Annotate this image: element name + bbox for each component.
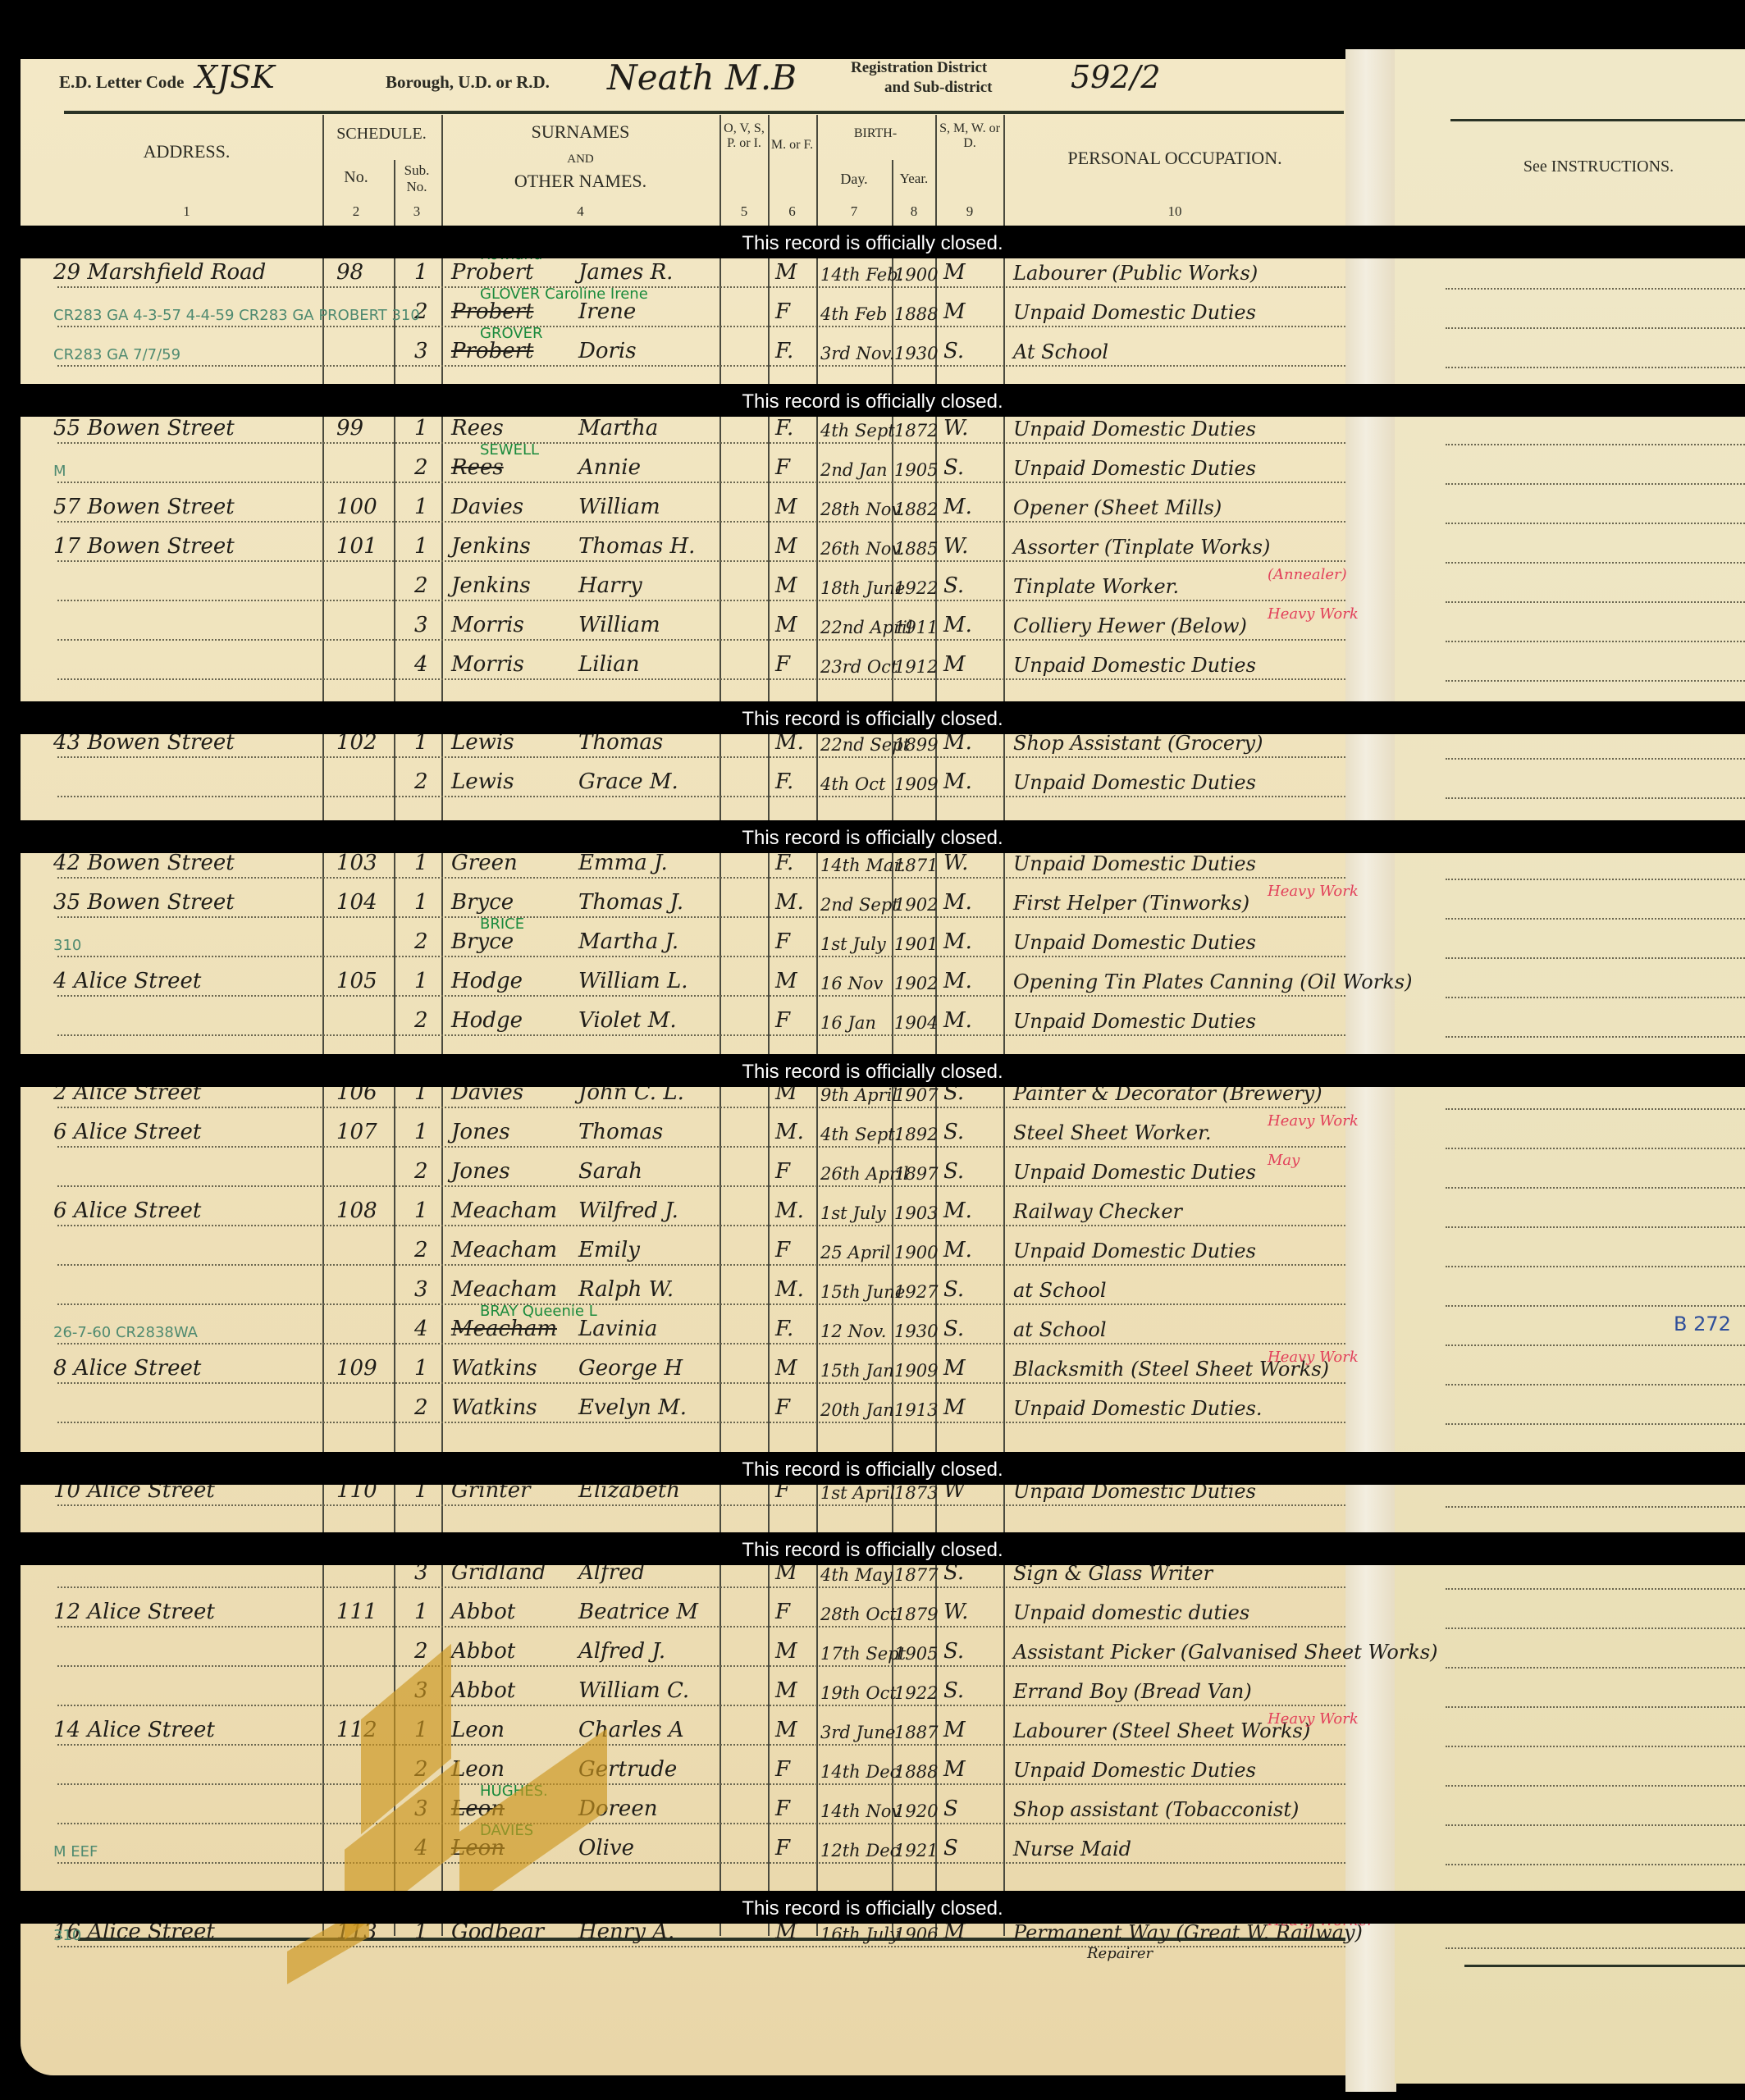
schedule-no-cell: 111 bbox=[336, 1600, 377, 1624]
right-page-ruled-line bbox=[1446, 367, 1745, 368]
occupation-cell: Unpaid Domestic Duties bbox=[1013, 852, 1256, 875]
marital-cell: W. bbox=[943, 1600, 968, 1624]
right-page-ruled-line bbox=[1446, 1187, 1745, 1189]
other-names-cell: Thomas bbox=[578, 1120, 663, 1144]
schedule-no-cell: 100 bbox=[336, 495, 377, 519]
redaction-band: This record is officially closed. bbox=[0, 701, 1745, 734]
right-page-ruled-line bbox=[1446, 1785, 1745, 1787]
birth-year-cell: 1872 bbox=[894, 421, 938, 441]
birth-day-cell: 2nd Sept bbox=[820, 895, 899, 915]
surname-cell: Rees bbox=[451, 455, 504, 480]
occupation-cell: Unpaid Domestic Duties bbox=[1013, 654, 1256, 677]
other-names-cell: James R. bbox=[578, 260, 673, 285]
closed-notice: This record is officially closed. bbox=[0, 1539, 1745, 1562]
right-page-ruled-line bbox=[1446, 1423, 1745, 1425]
red-note: Heavy Work bbox=[1268, 1349, 1359, 1366]
redaction-band: This record is officially closed. bbox=[0, 1054, 1745, 1087]
surname-cell: Jones bbox=[451, 1120, 510, 1144]
schedule-sub-cell: 1 bbox=[414, 495, 428, 519]
occupation-cell: at School bbox=[1013, 1318, 1107, 1341]
surname-cell: Probert bbox=[451, 260, 533, 285]
census-row: 14 Alice Street1121LeonCharles AM3rd Jun… bbox=[21, 1710, 1345, 1749]
schedule-sub-cell: 2 bbox=[414, 929, 428, 954]
col-instructions: See INSTRUCTIONS. bbox=[1452, 157, 1745, 176]
marital-cell: S. bbox=[943, 1317, 964, 1341]
right-page-ruled-line bbox=[1446, 1226, 1745, 1228]
right-page-ruled-line bbox=[1446, 601, 1745, 603]
other-names-cell: Martha J. bbox=[578, 929, 678, 954]
birth-year-cell: 1903 bbox=[894, 1203, 938, 1223]
right-footer-rule bbox=[1464, 1965, 1745, 1967]
birth-day-cell: 1st April bbox=[820, 1483, 895, 1503]
closed-notice: This record is officially closed. bbox=[0, 708, 1745, 731]
sex-cell: M bbox=[775, 1678, 797, 1703]
sex-cell: M. bbox=[775, 1198, 804, 1223]
sex-cell: M bbox=[775, 573, 797, 598]
marital-cell: M bbox=[943, 299, 966, 324]
occupation-cell: Colliery Hewer (Below) bbox=[1013, 614, 1247, 637]
surname-cell: Jenkins bbox=[451, 534, 531, 559]
occupation-cell: Unpaid Domestic Duties bbox=[1013, 1239, 1256, 1262]
occupation-cell: Unpaid Domestic Duties bbox=[1013, 457, 1256, 480]
birth-day-cell: 2nd Jan bbox=[820, 460, 887, 480]
birth-year-cell: 1922 bbox=[894, 1683, 938, 1703]
other-names-cell: Lavinia bbox=[578, 1317, 657, 1341]
schedule-sub-cell: 2 bbox=[414, 1639, 428, 1664]
census-row: 2WatkinsEvelyn M.F20th Jan1913MUnpaid Do… bbox=[21, 1387, 1345, 1427]
other-names-cell: Grace M. bbox=[578, 769, 678, 794]
marital-cell: W. bbox=[943, 534, 968, 559]
margin-note: CR283 GA 4-3-57 4-4-59 CR283 GA PROBERT … bbox=[53, 307, 420, 324]
birth-day-cell: 25 April bbox=[820, 1243, 890, 1262]
right-page-ruled-line bbox=[1446, 797, 1745, 799]
right-page-ruled-line bbox=[1446, 997, 1745, 998]
address-cell: 14 Alice Street bbox=[53, 1718, 215, 1742]
birth-year-cell: 1902 bbox=[894, 974, 938, 993]
birth-year-cell: 1882 bbox=[894, 500, 938, 519]
birth-year-cell: 1921 bbox=[894, 1841, 938, 1860]
marital-cell: S. bbox=[943, 1678, 964, 1703]
surname-cell: Morris bbox=[451, 613, 524, 637]
census-row: 6 Alice Street1081MeachamWilfred J.M.1st… bbox=[21, 1190, 1345, 1230]
census-row: 4MorrisLilianF23rd Oct1912MUnpaid Domest… bbox=[21, 644, 1345, 683]
birth-day-cell: 1st July bbox=[820, 934, 886, 954]
right-page-ruled-line bbox=[1446, 1947, 1745, 1949]
red-note: (Annealer) bbox=[1268, 566, 1347, 583]
right-header-rule bbox=[1450, 119, 1745, 121]
census-row: 57 Bowen Street1001DaviesWilliamM28th No… bbox=[21, 486, 1345, 526]
birth-year-cell: 1930 bbox=[894, 1322, 938, 1341]
occupation-cell: Unpaid Domestic Duties bbox=[1013, 1161, 1256, 1184]
right-page-ruled-line bbox=[1446, 1344, 1745, 1346]
other-names-cell: Olive bbox=[578, 1836, 634, 1860]
other-names-cell: Violet M. bbox=[578, 1008, 677, 1033]
other-names-cell: Doris bbox=[578, 339, 637, 363]
birth-day-cell: 4th Feb bbox=[820, 304, 887, 324]
marital-cell: M. bbox=[943, 890, 972, 915]
right-page-ruled-line bbox=[1446, 957, 1745, 959]
birth-year-cell: 1909 bbox=[894, 774, 938, 794]
schedule-sub-cell: 3 bbox=[414, 613, 428, 637]
census-row: 3ProbertDorisF.3rd Nov.1930S.At SchoolGR… bbox=[21, 331, 1345, 370]
right-page-ruled-line bbox=[1446, 288, 1745, 290]
birth-year-cell: 1930 bbox=[894, 344, 938, 363]
col-schedule: SCHEDULE. bbox=[320, 125, 443, 144]
schedule-no-cell: 105 bbox=[336, 969, 377, 993]
right-page-ruled-line bbox=[1446, 918, 1745, 920]
birth-day-cell: 4th Oct bbox=[820, 774, 885, 794]
schedule-sub-cell: 2 bbox=[414, 1395, 428, 1420]
sex-cell: M bbox=[775, 495, 797, 519]
red-note: Heavy Work bbox=[1268, 1710, 1359, 1728]
surname-cell: Bryce bbox=[451, 929, 514, 954]
right-page-ruled-line bbox=[1446, 1148, 1745, 1149]
birth-day-cell: 4th Sept. bbox=[820, 1125, 900, 1144]
other-names-cell: George H bbox=[578, 1356, 683, 1381]
census-row: 3LeonDoreenF14th Nov1920SShop assistant … bbox=[21, 1788, 1345, 1828]
right-page-ruled-line bbox=[1446, 758, 1745, 760]
closed-notice: This record is officially closed. bbox=[0, 1459, 1745, 1481]
marital-cell: M. bbox=[943, 1238, 972, 1262]
marital-cell: M bbox=[943, 1718, 966, 1742]
col-surnames-2: AND bbox=[443, 153, 718, 167]
occupation-cell: Unpaid Domestic Duties bbox=[1013, 301, 1256, 324]
marital-cell: W. bbox=[943, 851, 968, 875]
other-names-cell: William C. bbox=[578, 1678, 689, 1703]
surname-cell: Meacham bbox=[451, 1277, 557, 1302]
schedule-sub-cell: 2 bbox=[414, 455, 428, 480]
right-page-ruled-line bbox=[1446, 1706, 1745, 1708]
birth-day-cell: 19th Oct bbox=[820, 1683, 897, 1703]
marital-cell: S bbox=[943, 1796, 958, 1821]
col-num-10: 10 bbox=[1006, 203, 1344, 220]
annotation-note: BRICE bbox=[480, 915, 524, 933]
col-num-9: 9 bbox=[937, 203, 1003, 220]
schedule-sub-cell: 2 bbox=[414, 1238, 428, 1262]
surname-cell: Jenkins bbox=[451, 573, 531, 598]
schedule-sub-cell: 1 bbox=[414, 1600, 428, 1624]
census-row: 2LewisGrace M.F.4th Oct1909M.Unpaid Dome… bbox=[21, 761, 1345, 801]
right-page-ruled-line bbox=[1446, 562, 1745, 564]
marital-cell: S. bbox=[943, 1639, 964, 1664]
birth-day-cell: 18th June bbox=[820, 578, 905, 598]
right-page-ruled-line bbox=[1446, 641, 1745, 642]
borough-value: Neath M.B bbox=[607, 57, 797, 98]
address-cell: 4 Alice Street bbox=[53, 969, 201, 993]
schedule-sub-cell: 1 bbox=[414, 969, 428, 993]
birth-day-cell: 26th Nov. bbox=[820, 539, 904, 559]
census-row: 2HodgeViolet M.F16 Jan1904M.Unpaid Domes… bbox=[21, 1000, 1345, 1039]
schedule-sub-cell: 3 bbox=[414, 1277, 428, 1302]
birth-year-cell: 1871 bbox=[894, 856, 938, 875]
birth-day-cell: 9th April bbox=[820, 1085, 898, 1105]
census-row: 2AbbotAlfred J.M17th Sept1905S.Assistant… bbox=[21, 1631, 1345, 1670]
right-page-ruled-line bbox=[1446, 1588, 1745, 1590]
birth-day-cell: 23rd Oct bbox=[820, 657, 898, 677]
occupation-cell: Tinplate Worker. bbox=[1013, 575, 1179, 598]
birth-year-cell: 1909 bbox=[894, 1361, 938, 1381]
col-num-6: 6 bbox=[770, 203, 815, 220]
closed-notice: This record is officially closed. bbox=[0, 390, 1745, 413]
sex-cell: F bbox=[775, 1395, 790, 1420]
col-schedule-no: No. bbox=[320, 168, 392, 187]
col-num-5: 5 bbox=[722, 203, 766, 220]
birth-year-cell: 1905 bbox=[894, 460, 938, 480]
closed-notice: This record is officially closed. bbox=[0, 1061, 1745, 1084]
registration-label-2: and Sub-district bbox=[884, 79, 992, 97]
right-page-note: B 272 bbox=[1674, 1314, 1731, 1334]
surname-cell: Lewis bbox=[451, 769, 514, 794]
schedule-sub-cell: 3 bbox=[414, 339, 428, 363]
annotation-note: SEWELL bbox=[480, 441, 539, 459]
right-page-ruled-line bbox=[1446, 1746, 1745, 1747]
marital-cell: M bbox=[943, 1757, 966, 1782]
col-address: ADDRESS. bbox=[57, 141, 316, 162]
marital-cell: S. bbox=[943, 455, 964, 480]
ed-letter-code-label: E.D. Letter Code bbox=[59, 72, 184, 93]
right-page-ruled-line bbox=[1446, 1824, 1745, 1826]
right-page-ruled-line bbox=[1446, 1305, 1745, 1307]
address-cell: 17 Bowen Street bbox=[53, 534, 235, 559]
marital-cell: M bbox=[943, 1356, 966, 1381]
annotation-note: BRAY Queenie L bbox=[480, 1303, 597, 1320]
occupation-cell: Labourer (Steel Sheet Works) bbox=[1013, 1719, 1310, 1742]
occupation-cell: at School bbox=[1013, 1279, 1107, 1302]
address-cell: 12 Alice Street bbox=[53, 1600, 215, 1624]
schedule-sub-cell: 4 bbox=[414, 652, 428, 677]
marital-cell: M. bbox=[943, 495, 972, 519]
other-names-cell: Sarah bbox=[578, 1159, 642, 1184]
sex-cell: M bbox=[775, 1356, 797, 1381]
redaction-band: This record is officially closed. bbox=[0, 1532, 1745, 1565]
occupation-cell: Opener (Sheet Mills) bbox=[1013, 496, 1222, 519]
birth-year-cell: 1902 bbox=[894, 895, 938, 915]
sex-cell: M. bbox=[775, 1277, 804, 1302]
other-names-cell: Irene bbox=[578, 299, 636, 324]
birth-day-cell: 14th Dec bbox=[820, 1762, 899, 1782]
sex-cell: F bbox=[775, 455, 790, 480]
red-note: May bbox=[1268, 1152, 1300, 1169]
schedule-sub-cell: 2 bbox=[414, 573, 428, 598]
col-ovspi: O, V, S, P. or I. bbox=[722, 121, 766, 152]
birth-year-cell: 1892 bbox=[894, 1125, 938, 1144]
sex-cell: F. bbox=[775, 416, 793, 441]
margin-note: CR283 GA 7/7/59 bbox=[53, 346, 180, 363]
marital-cell: M. bbox=[943, 1008, 972, 1033]
birth-day-cell: 15th Jan bbox=[820, 1361, 894, 1381]
schedule-no-cell: 104 bbox=[336, 890, 377, 915]
schedule-no-cell: 108 bbox=[336, 1198, 377, 1223]
address-cell: 29 Marshfield Road bbox=[53, 260, 266, 285]
redaction-band: This record is officially closed. bbox=[0, 384, 1745, 417]
census-row: 2ProbertIreneF4th Feb1888MUnpaid Domesti… bbox=[21, 291, 1345, 331]
occupation-cell: At School bbox=[1013, 340, 1108, 363]
sex-cell: M bbox=[775, 969, 797, 993]
right-page-ruled-line bbox=[1446, 1864, 1745, 1865]
sex-cell: F bbox=[775, 1836, 790, 1860]
birth-year-cell: 1873 bbox=[894, 1483, 938, 1503]
sex-cell: M bbox=[775, 534, 797, 559]
other-names-cell: Wilfred J. bbox=[578, 1198, 678, 1223]
marital-cell: M. bbox=[943, 969, 972, 993]
census-row: 17 Bowen Street1011JenkinsThomas H.M26th… bbox=[21, 526, 1345, 565]
sex-cell: F bbox=[775, 1008, 790, 1033]
col-num-1: 1 bbox=[57, 203, 316, 220]
occupation-cell: Errand Boy (Bread Van) bbox=[1013, 1680, 1252, 1703]
col-birth: BIRTH- bbox=[818, 126, 933, 141]
sex-cell: F. bbox=[775, 1317, 793, 1341]
other-names-cell: Harry bbox=[578, 573, 642, 598]
birth-year-cell: 1897 bbox=[894, 1164, 938, 1184]
schedule-no-cell: 99 bbox=[336, 416, 363, 441]
col-birth-year: Year. bbox=[893, 171, 935, 187]
birth-year-cell: 1887 bbox=[894, 1723, 938, 1742]
birth-year-cell: 1920 bbox=[894, 1801, 938, 1821]
census-row: 3AbbotWilliam C.M19th Oct1922S.Errand Bo… bbox=[21, 1670, 1345, 1710]
other-names-cell: William bbox=[578, 613, 660, 637]
birth-day-cell: 28th Oct bbox=[820, 1605, 897, 1624]
address-cell: 6 Alice Street bbox=[53, 1120, 201, 1144]
right-page-ruled-line bbox=[1446, 1667, 1745, 1669]
borough-label: Borough, U.D. or R.D. bbox=[386, 72, 550, 93]
marital-cell: W. bbox=[943, 416, 968, 441]
col-num-2: 2 bbox=[320, 203, 392, 220]
census-row: 4 Alice Street1051HodgeWilliam L.M16 Nov… bbox=[21, 961, 1345, 1000]
col-occupation: PERSONAL OCCUPATION. bbox=[1006, 148, 1344, 168]
birth-day-cell: 4th Sept bbox=[820, 421, 895, 441]
birth-year-cell: 1900 bbox=[894, 1243, 938, 1262]
schedule-no-cell: 107 bbox=[336, 1120, 377, 1144]
birth-day-cell: 14th Mar. bbox=[820, 856, 906, 875]
sex-cell: M bbox=[775, 1718, 797, 1742]
schedule-sub-cell: 2 bbox=[414, 1159, 428, 1184]
birth-year-cell: 1907 bbox=[894, 1085, 938, 1105]
sex-cell: F bbox=[775, 1796, 790, 1821]
surname-cell: Bryce bbox=[451, 890, 514, 915]
birth-year-cell: 1904 bbox=[894, 1013, 938, 1033]
surname-cell: Morris bbox=[451, 652, 524, 677]
margin-note: M EEF bbox=[53, 1843, 98, 1860]
census-row: 2BryceMartha J.F1st July1901M.Unpaid Dom… bbox=[21, 921, 1345, 961]
marital-cell: S. bbox=[943, 1159, 964, 1184]
birth-day-cell: 3rd June bbox=[820, 1723, 895, 1742]
right-page-ruled-line bbox=[1446, 879, 1745, 880]
birth-day-cell: 16 Nov bbox=[820, 974, 883, 993]
marital-cell: M bbox=[943, 1395, 966, 1420]
sex-cell: M bbox=[775, 613, 797, 637]
surname-cell: Watkins bbox=[451, 1395, 537, 1420]
redaction-band: This record is officially closed. bbox=[0, 1891, 1745, 1924]
birth-day-cell: 28th Nov. bbox=[820, 500, 904, 519]
schedule-no-cell: 103 bbox=[336, 851, 377, 875]
col-num-3: 3 bbox=[394, 203, 440, 220]
address-cell: 55 Bowen Street bbox=[53, 416, 235, 441]
marital-cell: M. bbox=[943, 769, 972, 794]
occupation-cell: Unpaid Domestic Duties bbox=[1013, 1010, 1256, 1033]
occupation-cell: Opening Tin Plates Canning (Oil Works) bbox=[1013, 970, 1412, 993]
birth-year-cell: 1927 bbox=[894, 1282, 938, 1302]
sex-cell: F. bbox=[775, 769, 793, 794]
other-names-cell: William bbox=[578, 495, 660, 519]
schedule-sub-cell: 1 bbox=[414, 1198, 428, 1223]
col-surnames-3: OTHER NAMES. bbox=[443, 171, 718, 191]
census-row: 4MeachamLaviniaF.12 Nov.1930S.at SchoolB… bbox=[21, 1308, 1345, 1348]
right-page-ruled-line bbox=[1446, 1384, 1745, 1386]
schedule-sub-cell: 1 bbox=[414, 534, 428, 559]
marital-cell: M bbox=[943, 652, 966, 677]
census-row: 12 Alice Street1111AbbotBeatrice MF28th … bbox=[21, 1591, 1345, 1631]
address-cell: 8 Alice Street bbox=[53, 1356, 201, 1381]
census-row: 2ReesAnnieF2nd Jan1905S.Unpaid Domestic … bbox=[21, 447, 1345, 486]
redaction-band: This record is officially closed. bbox=[0, 226, 1745, 258]
annotation-note: GLOVER Caroline Irene bbox=[480, 285, 648, 303]
marital-cell: S. bbox=[943, 573, 964, 598]
col-smwd: S, M, W. or D. bbox=[937, 121, 1003, 152]
redaction-band: This record is officially closed. bbox=[0, 1452, 1745, 1485]
margin-note: 26-7-60 CR2838WA bbox=[53, 1324, 198, 1341]
red-note: Heavy Work bbox=[1268, 1112, 1359, 1130]
schedule-sub-cell: 1 bbox=[414, 890, 428, 915]
surname-cell: Jones bbox=[451, 1159, 510, 1184]
occupation-cell: Unpaid Domestic Duties. bbox=[1013, 1397, 1263, 1420]
header-rule bbox=[64, 111, 1344, 114]
census-row: 2JonesSarahF26th April1897S.Unpaid Domes… bbox=[21, 1151, 1345, 1190]
marital-cell: S. bbox=[943, 1120, 964, 1144]
other-names-cell: Martha bbox=[578, 416, 658, 441]
occupation-cell: First Helper (Tinworks) bbox=[1013, 892, 1249, 915]
birth-day-cell: 12th Dec bbox=[820, 1841, 899, 1860]
schedule-sub-cell: 1 bbox=[414, 1120, 428, 1144]
birth-year-cell: 1877 bbox=[894, 1565, 938, 1585]
sex-cell: M bbox=[775, 1639, 797, 1664]
right-page-ruled-line bbox=[1446, 1108, 1745, 1110]
col-surnames-1: SURNAMES bbox=[443, 121, 718, 142]
census-row: 2JenkinsHarryM18th June1922S.Tinplate Wo… bbox=[21, 565, 1345, 605]
surname-cell: Abbot bbox=[451, 1600, 515, 1624]
surname-cell: Abbot bbox=[451, 1639, 515, 1664]
other-names-cell: Thomas H. bbox=[578, 534, 695, 559]
right-page-ruled-line bbox=[1446, 327, 1745, 329]
closed-notice: This record is officially closed. bbox=[0, 232, 1745, 255]
other-names-cell: Evelyn M. bbox=[578, 1395, 687, 1420]
red-note: Heavy Work bbox=[1268, 883, 1359, 900]
margin-note: 310 bbox=[53, 1927, 81, 1944]
registration-value: 592/2 bbox=[1071, 59, 1161, 95]
occupation-cell: Unpaid Domestic Duties bbox=[1013, 931, 1256, 954]
surname-cell: Meacham bbox=[451, 1238, 557, 1262]
birth-day-cell: 15th June bbox=[820, 1282, 905, 1302]
other-names-cell: Ralph W. bbox=[578, 1277, 674, 1302]
marital-cell: S bbox=[943, 1836, 958, 1860]
census-row: 35 Bowen Street1041BryceThomas J.M.2nd S… bbox=[21, 882, 1345, 921]
closed-notice: This record is officially closed. bbox=[0, 827, 1745, 850]
marital-cell: S. bbox=[943, 339, 964, 363]
other-names-cell: William L. bbox=[578, 969, 687, 993]
occupation-cell: Unpaid Domestic Duties bbox=[1013, 771, 1256, 794]
right-page-ruled-line bbox=[1446, 1506, 1745, 1508]
col-num-4: 4 bbox=[443, 203, 718, 220]
census-row: 2MeachamEmilyF25 April1900M.Unpaid Domes… bbox=[21, 1230, 1345, 1269]
annotation-note: GROVER bbox=[480, 325, 543, 342]
occupation-cell: Steel Sheet Worker. bbox=[1013, 1121, 1212, 1144]
occupation-cell: Unpaid domestic duties bbox=[1013, 1601, 1249, 1624]
sex-cell: F bbox=[775, 1757, 790, 1782]
census-row: 6 Alice Street1071JonesThomasM.4th Sept.… bbox=[21, 1112, 1345, 1151]
marital-cell: M. bbox=[943, 1198, 972, 1223]
birth-year-cell: 1879 bbox=[894, 1605, 938, 1624]
marital-cell: M. bbox=[943, 929, 972, 954]
sex-cell: M bbox=[775, 260, 797, 285]
